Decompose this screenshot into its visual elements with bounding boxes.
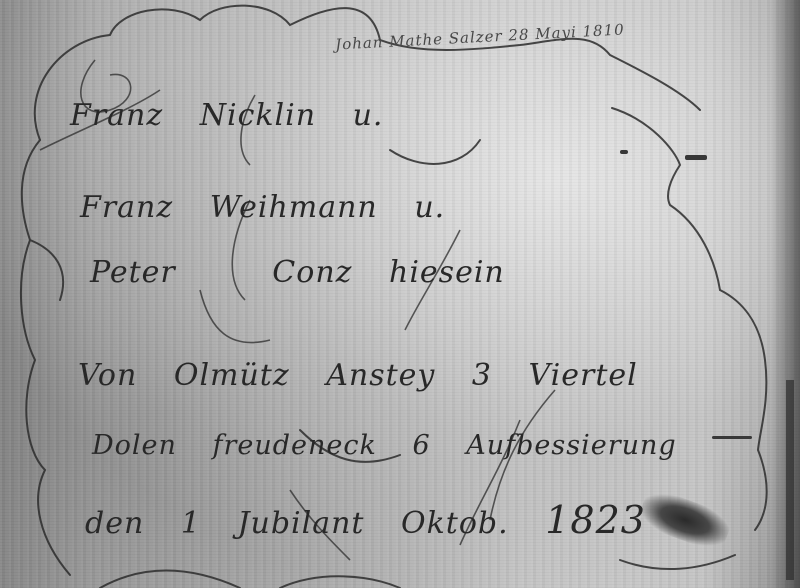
word: Aufbessierung	[466, 430, 676, 461]
wood-edge	[770, 0, 800, 588]
word: u.	[414, 190, 445, 225]
word: Anstey	[326, 358, 435, 393]
inscription-photo: Johan Mathe Salzer 28 Mayi 1810 Franz Ni…	[0, 0, 800, 588]
word: Jubilant	[237, 506, 364, 541]
word: Franz	[80, 190, 173, 225]
word: Franz	[70, 98, 163, 133]
word: 3	[472, 358, 492, 393]
inscription-line-5: Dolen freudeneck 6 Aufbessierung	[92, 430, 703, 461]
word: Oktob.	[401, 506, 509, 541]
inscription-line-3: Peter Conz hiesein	[90, 255, 531, 290]
dark-slat	[786, 380, 794, 580]
word: hiesein	[389, 255, 505, 290]
inscription-line-4: Von Olmütz Anstey 3 Viertel	[78, 358, 664, 393]
inscription-line-2: Franz Weihmann u.	[80, 190, 471, 225]
word: Nicklin	[200, 98, 316, 133]
scratch-mark	[712, 436, 752, 439]
word: den	[85, 506, 144, 541]
word: 1	[181, 506, 201, 541]
year: 1823	[545, 498, 646, 542]
word: Dolen	[92, 430, 177, 461]
word: freudeneck	[213, 430, 377, 461]
word: Viertel	[529, 358, 638, 393]
word: u.	[353, 98, 384, 133]
word: Conz	[272, 255, 352, 290]
scratch-mark	[685, 155, 707, 160]
inscription-line-1: Franz Nicklin u.	[70, 98, 409, 133]
word: 6	[412, 430, 430, 461]
inscription-line-6: den 1 Jubilant Oktob. 1823	[85, 498, 672, 542]
word: Peter	[90, 255, 176, 290]
word: Von	[78, 358, 137, 393]
scratch-mark	[620, 150, 628, 154]
word: Olmütz	[174, 358, 290, 393]
word: Weihmann	[210, 190, 378, 225]
